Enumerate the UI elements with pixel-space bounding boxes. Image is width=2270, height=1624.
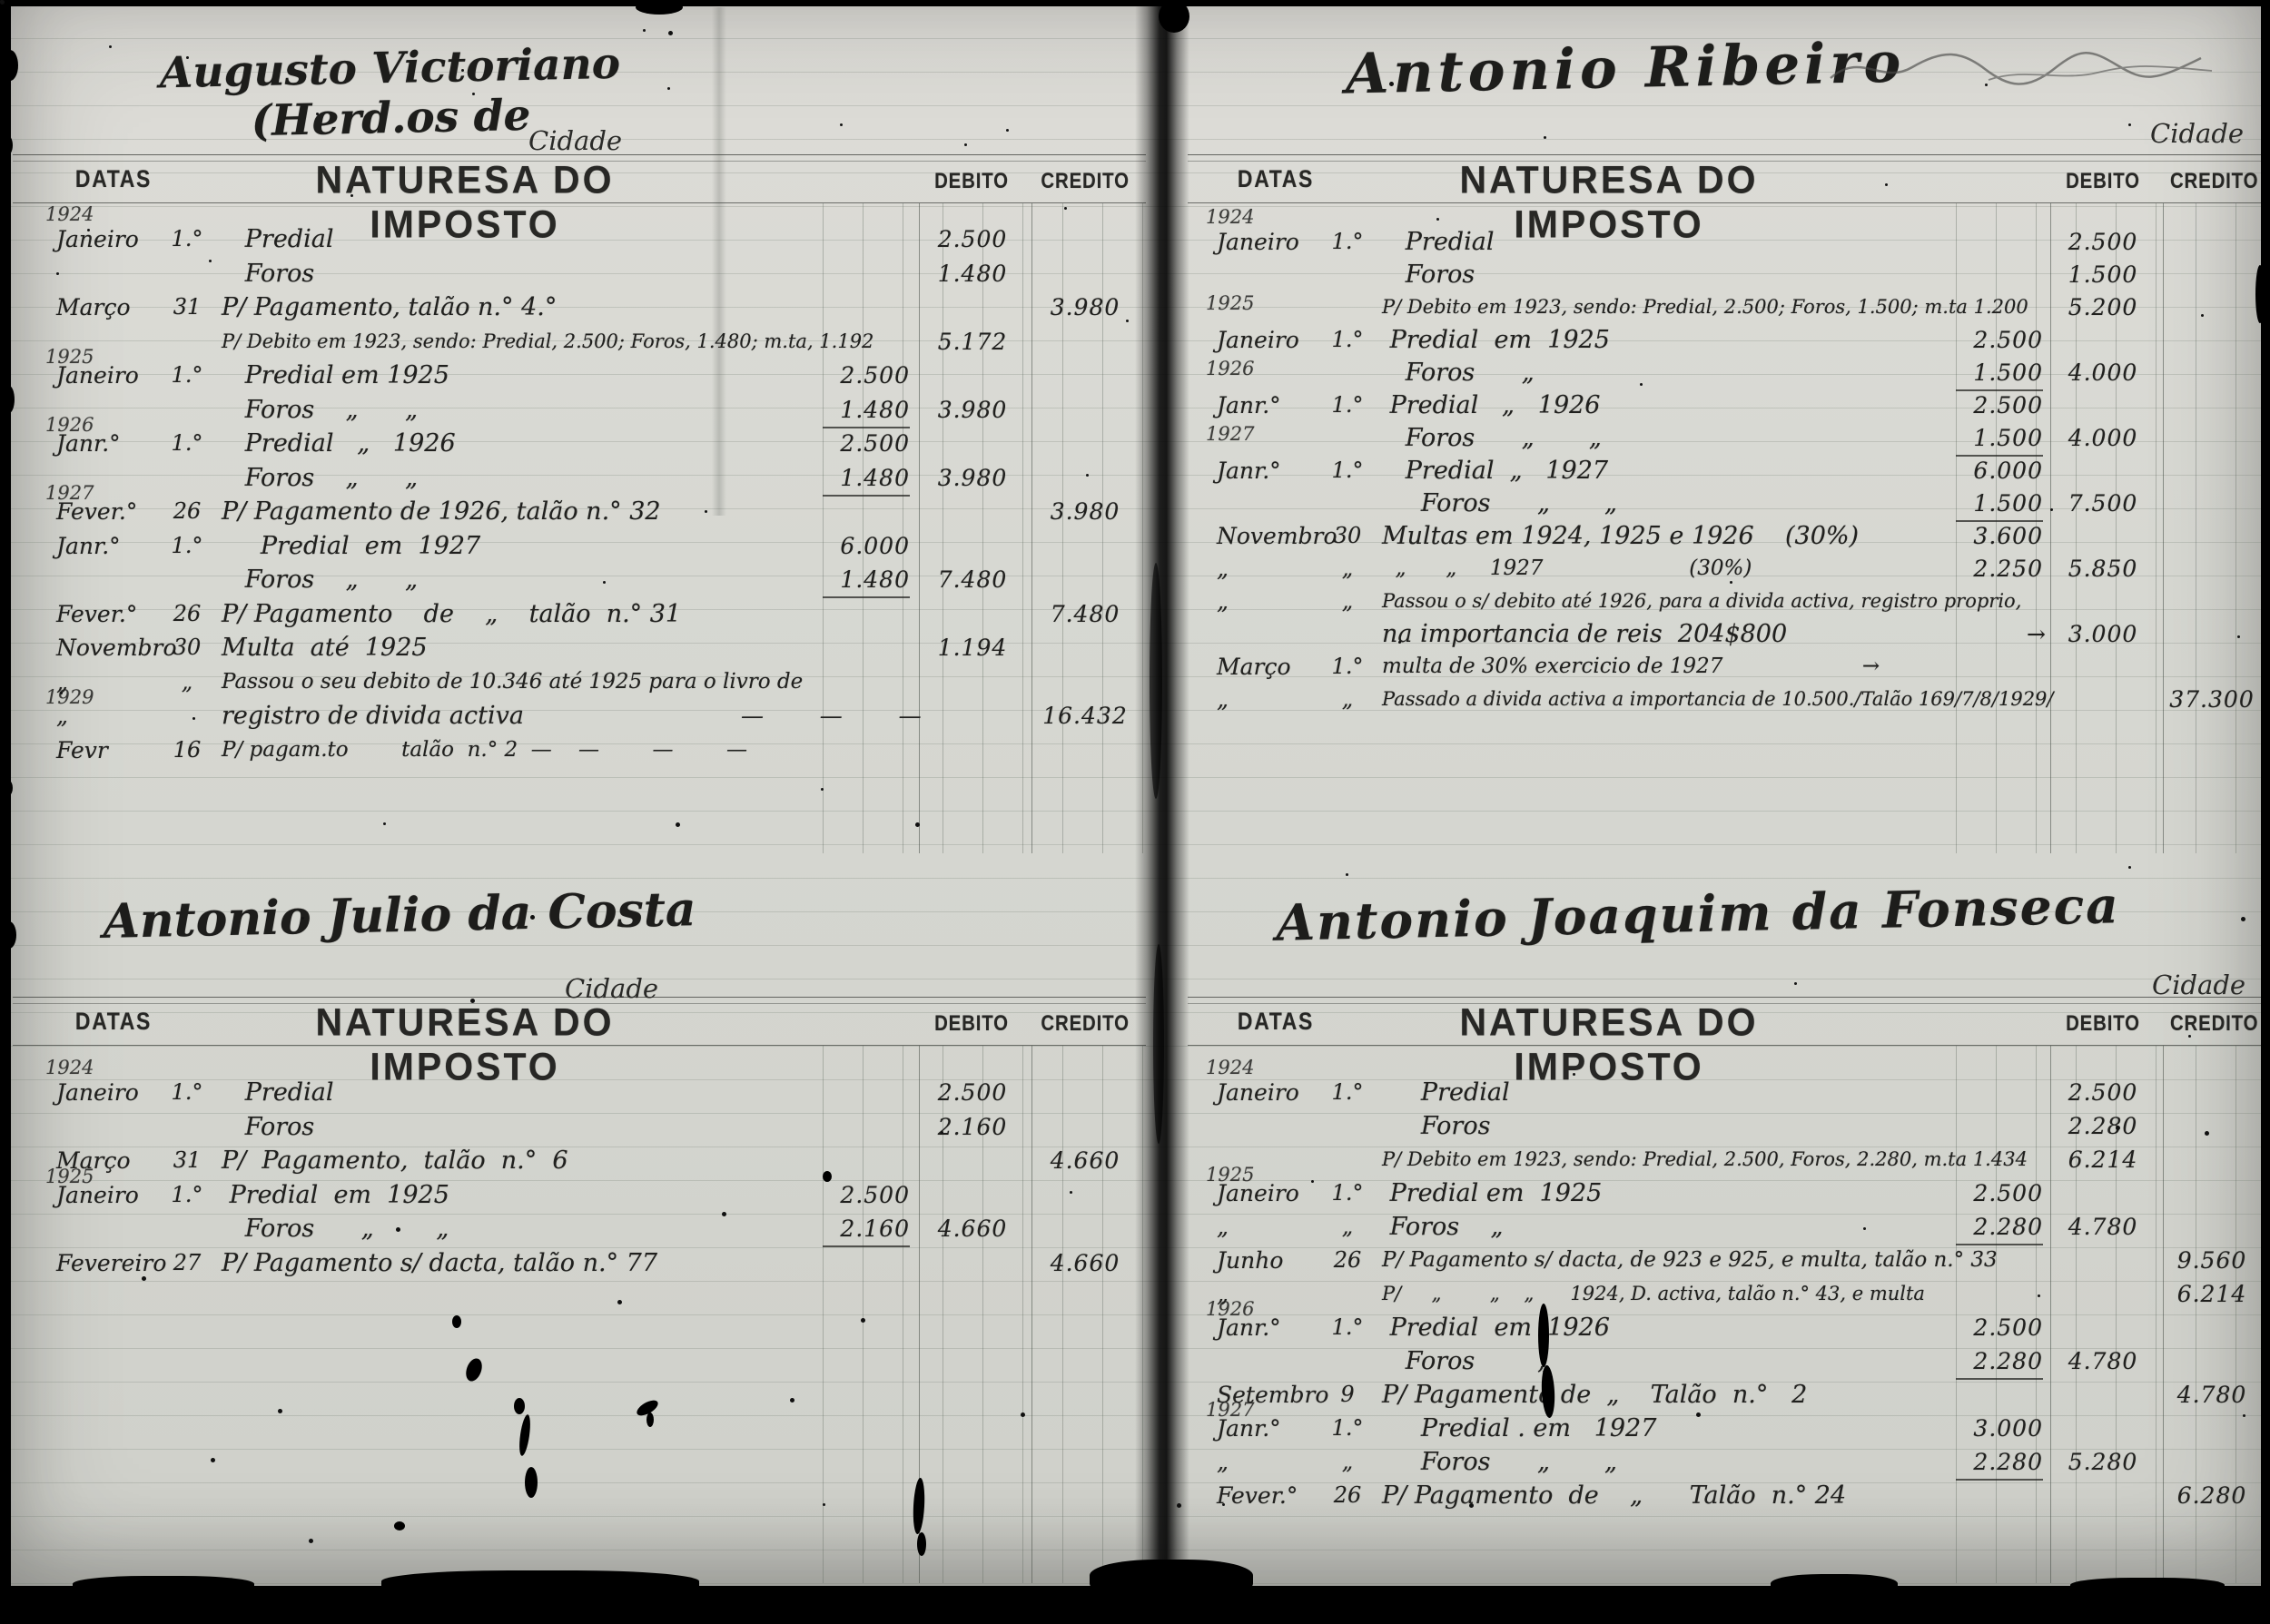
entry-debit: 6.214 <box>2054 1143 2152 1176</box>
entry-description: Predial <box>1382 225 1494 259</box>
entry-description: Predial . em 1927 <box>1382 1412 1656 1445</box>
entry-month: Janr.° <box>1217 454 1326 487</box>
entry-description: Foros „ „ <box>1382 421 1602 455</box>
entry-day: 16 <box>162 733 212 767</box>
entry-day: 9 <box>1322 1378 1373 1412</box>
arrow-mark: → <box>2027 617 2054 651</box>
ink-blot <box>0 631 11 651</box>
entry-month: Junho <box>1217 1244 1326 1277</box>
entry-subamount: 2.500 <box>1956 323 2043 357</box>
entry-subamount: 1.500 <box>1956 487 2043 522</box>
scan-border-left <box>0 0 11 1624</box>
entry-day: 1.° <box>1322 225 1373 259</box>
ink-blot <box>2 50 18 81</box>
ink-blot <box>5 781 13 795</box>
place-label: Cidade <box>2150 118 2244 149</box>
entry-credit: 6.214 <box>2165 1277 2259 1311</box>
entry-credit: 37.300 <box>2165 683 2259 716</box>
entry-day: „ <box>1322 552 1373 586</box>
year-label: 1927 <box>1206 418 1288 451</box>
entry-description: Foros „ „ <box>1382 1445 1617 1479</box>
entry-month: Janeiro <box>1217 1076 1326 1109</box>
entry-subamount: 1.500 <box>1956 421 2043 457</box>
entry-description: Foros <box>1382 258 1475 291</box>
entry-description: P/ pagam.to talão n.° 2 — — — — <box>222 733 747 767</box>
ink-blot <box>514 1398 525 1414</box>
year-label: 1926 <box>1206 352 1288 386</box>
ink-blot <box>823 1171 832 1182</box>
ink-blot <box>2070 1578 2225 1596</box>
ink-blot <box>525 1467 538 1498</box>
entry-month: „ <box>1217 585 1326 618</box>
ink-blot <box>0 1196 11 1236</box>
entry-description: Predial <box>1382 1076 1510 1109</box>
pencil-scribble <box>1825 40 2225 98</box>
entry-description: P/ Debito em 1923, sendo: Predial, 2.500… <box>1382 290 2028 324</box>
entry-credit: 6.280 <box>2165 1479 2259 1512</box>
entry-day: „ <box>1322 683 1373 716</box>
entry-description: Passou o s/ debito até 1926, para a divi… <box>1382 585 2021 618</box>
entry-credit: 4.780 <box>2165 1378 2259 1412</box>
entry-description: P/ Pagamento de „ Talão n.° 2 <box>1382 1378 1807 1412</box>
entry-description: P/ „ „ „ 1924, D. activa, talão n.° 43, … <box>1382 1277 1925 1311</box>
book-gutter-shadow <box>1135 0 1189 1624</box>
entry-description: Predial em 1926 <box>1382 1311 1610 1344</box>
ink-specks <box>0 0 5 5</box>
entry-description: Foros „ <box>1382 1344 1550 1378</box>
entry-day: 1.° <box>1322 1311 1373 1344</box>
ink-blot <box>636 0 683 15</box>
column-header-datas: DATAS <box>60 165 168 193</box>
entry-description: Predial „ 1927 <box>1382 454 1608 487</box>
place-label: Cidade <box>565 973 658 1004</box>
entry-debit: 5.850 <box>2054 552 2152 586</box>
entry-debit: 2.500 <box>2054 225 2152 259</box>
entry-subamount: 2.500 <box>1956 1311 2043 1344</box>
entry-day: 1.° <box>1322 650 1373 684</box>
entry-subamount: 2.280 <box>1956 1445 2043 1481</box>
entry-description: Foros „ <box>1382 356 1535 389</box>
entry-debit: 1.500 <box>2054 258 2152 291</box>
entry-day: 30 <box>1322 519 1373 553</box>
entry-day: 1.° <box>1322 389 1373 422</box>
ink-blot <box>452 1315 461 1328</box>
year-label: 1925 <box>1206 287 1288 320</box>
column-header-credito: CREDITO <box>1041 169 1127 194</box>
entry-description: P/ Pagamento de „ Talão n.° 24 <box>1382 1479 1846 1512</box>
entry-subamount: 2.500 <box>1956 389 2043 422</box>
entry-day: 26 <box>1322 1479 1373 1512</box>
entry-description: Foros „ <box>1382 1210 1503 1244</box>
ink-blot <box>2 921 16 949</box>
ink-blot <box>646 1412 654 1427</box>
scan-border-right <box>2261 0 2270 1624</box>
column-header-datas: DATAS <box>60 1008 168 1036</box>
ink-blot <box>917 1532 926 1556</box>
entry-month: Janeiro <box>1217 225 1326 259</box>
entry-month: Janr.° <box>1217 1412 1326 1445</box>
page-crease <box>712 7 726 516</box>
column-header-debito: DEBITO <box>2059 169 2146 194</box>
entry-month: Janr.° <box>1217 1311 1326 1344</box>
entry-debit: 2.500 <box>2054 1076 2152 1109</box>
entry-day: 1.° <box>1322 1176 1373 1210</box>
ink-blot <box>2255 265 2265 323</box>
entry-description: P/ Pagamento s/ dacta, de 923 e 925, e m… <box>1382 1244 1998 1277</box>
entry-month: „ <box>1217 1445 1326 1479</box>
entry-description: Foros <box>1382 1109 1490 1143</box>
entry-debit: 5.200 <box>2054 290 2152 324</box>
entry-month: „ <box>1217 552 1326 586</box>
entry-day: 26 <box>1322 1244 1373 1277</box>
column-header-credito: CREDITO <box>1041 1011 1127 1037</box>
entry-month: Março <box>1217 650 1326 684</box>
entry-description: Predial em 1925 <box>1382 1176 1602 1210</box>
ink-blot <box>394 1521 405 1530</box>
entry-description: na importancia de reis 204$800 <box>1382 617 1787 651</box>
entry-subamount: 6.000 <box>1956 454 2043 487</box>
column-header-credito: CREDITO <box>2170 1011 2252 1037</box>
ink-blot <box>1159 0 1189 33</box>
entry-month: „ <box>1217 1210 1326 1244</box>
entry-debit: 7.500 <box>2054 487 2152 520</box>
entry-description: Predial „ 1926 <box>1382 389 1600 422</box>
place-label: Cidade <box>2152 969 2245 1000</box>
ink-blot <box>4 386 15 413</box>
column-header-datas: DATAS <box>1222 1008 1330 1036</box>
entry-day: „ <box>1322 1210 1373 1244</box>
column-header-debito: DEBITO <box>928 1011 1014 1037</box>
entry-subamount: 3.000 <box>1956 1412 2043 1445</box>
entry-day: 1.° <box>1322 1076 1373 1109</box>
entry-month: Fevr <box>56 733 165 767</box>
entry-debit: 4.000 <box>2054 356 2152 389</box>
entry-debit: 3.000 <box>2054 617 2152 651</box>
entry-description: Predial em 1925 <box>1382 323 1610 357</box>
entry-description: multa de 30% exercicio de 1927 → <box>1382 650 1880 684</box>
entry-debit: 4.780 <box>2054 1210 2152 1244</box>
ink-blot <box>1090 1560 1253 1599</box>
entry-subamount: 2.280 <box>1956 1210 2043 1245</box>
ink-blot <box>0 134 13 156</box>
column-header-credito: CREDITO <box>2170 169 2252 194</box>
entry-description: Foros „ „ <box>1382 487 1617 520</box>
entry-month: Fever.° <box>1217 1479 1326 1512</box>
place-label: Cidade <box>528 125 622 156</box>
ledger-scan: Augusto Victoriano (Herd.os de Antonio R… <box>0 0 2270 1624</box>
entry-day: „ <box>1322 585 1373 618</box>
entry-debit: 2.280 <box>2054 1109 2152 1143</box>
entry-description: „ „ 1927 (30%) <box>1382 552 1752 586</box>
column-header-debito: DEBITO <box>928 169 1014 194</box>
entry-debit: 4.780 <box>2054 1344 2152 1378</box>
entry-credit: 9.560 <box>2165 1244 2259 1277</box>
column-header-debito: DEBITO <box>2059 1011 2146 1037</box>
entry-description: Passado a divida activa a importancia de… <box>1382 683 2054 716</box>
entry-debit: 4.000 <box>2054 421 2152 455</box>
entry-month: „ <box>1217 683 1326 716</box>
entry-month: Novembro <box>1217 519 1326 553</box>
entry-subamount: 1.500 <box>1956 356 2043 391</box>
ink-blot <box>381 1570 699 1598</box>
entry-subamount: 2.500 <box>1956 1176 2043 1210</box>
entry-subamount: 2.250 <box>1956 552 2043 586</box>
ink-blot <box>1771 1574 1898 1598</box>
entry-description: P/ Debito em 1923, sendo: Predial, 2.500… <box>1382 1143 2028 1176</box>
entry-month: Janeiro <box>1217 1176 1326 1210</box>
entry-day: 1.° <box>1322 323 1373 357</box>
entry-debit: 5.280 <box>2054 1445 2152 1479</box>
entry-subamount: 2.280 <box>1956 1344 2043 1380</box>
column-header-datas: DATAS <box>1222 165 1330 193</box>
entry-day: „ <box>1322 1445 1373 1479</box>
entry-description: Multas em 1924, 1925 e 1926 (30%) <box>1382 519 1859 553</box>
ink-blot <box>1153 944 1164 1144</box>
entry-day: 1.° <box>1322 454 1373 487</box>
entry-day: 1.° <box>1322 1412 1373 1445</box>
ink-blot <box>1538 1304 1549 1367</box>
scan-border-top <box>0 0 2270 6</box>
ink-blot <box>1150 563 1162 799</box>
ink-blot <box>73 1576 254 1596</box>
entry-subamount: 3.600 <box>1956 519 2043 553</box>
